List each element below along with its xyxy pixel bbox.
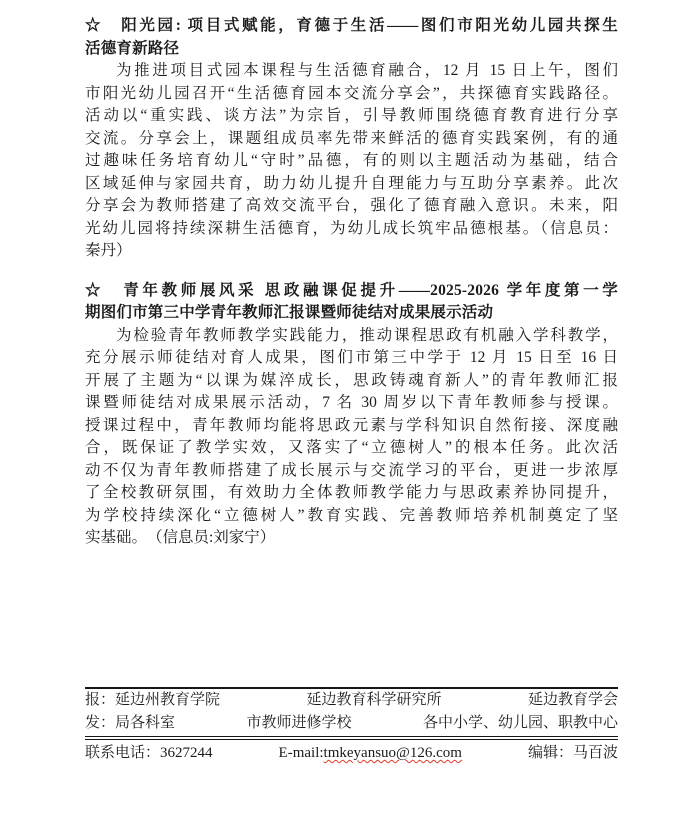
body-line: 活动以“重实践、谈方法”为宗旨，引导教师围绕德育教育进行分享 bbox=[85, 105, 618, 128]
footer: 报：延边州教育学院 延边教育科学研究所 延边教育学会 发：局各科室 市教师进修学… bbox=[85, 687, 618, 764]
body-line: 开展了主题为“以课为媒淬成长，思政铸魂育新人”的青年教师汇报 bbox=[85, 370, 618, 393]
email-address: tmkeyansuo@126.com bbox=[324, 745, 462, 761]
body-line: 区域延伸与家园共育，助力幼儿提升自理能力与互助分享素养。此次 bbox=[85, 173, 618, 196]
article-title: ☆ 阳光园: 项目式赋能，育德于生活——图们市阳光幼儿园共探生 活德育新路径 bbox=[85, 15, 618, 60]
distribution-row: 发：局各科室 市教师进修学校 各中小学、幼儿园、职教中心 bbox=[85, 712, 618, 735]
distribution-item: 局各科室 bbox=[115, 715, 175, 731]
article-body: 为检验青年教师教学实践能力，推动课程思政有机融入学科教学， 充分展示师徒结对育人… bbox=[85, 325, 618, 550]
editor-text: 编辑：马百波 bbox=[528, 742, 618, 764]
article-body: 为推进项目式园本课程与生活德育融合，12 月 15 日上午，图们 市阳光幼儿园召… bbox=[85, 60, 618, 263]
distribution-item: 市教师进修学校 bbox=[247, 713, 352, 735]
body-line: 实基础。 （信息员:刘家宁） bbox=[85, 527, 618, 550]
article-title-line: 期图们市第三中学青年教师汇报课暨师徒结对成果展示活动 bbox=[85, 302, 618, 325]
report-item: 延边教育学会 bbox=[528, 690, 618, 712]
body-line: 分享会为教师搭建了高效交流平台，强化了德育融入意识。未来，阳 bbox=[85, 195, 618, 218]
distribution-item: 各中小学、幼儿园、职教中心 bbox=[423, 713, 618, 735]
article-title-line: 活德育新路径 bbox=[85, 38, 618, 61]
page-content: ☆ 阳光园: 项目式赋能，育德于生活——图们市阳光幼儿园共探生 活德育新路径 为… bbox=[85, 15, 618, 550]
body-line: 为检验青年教师教学实践能力，推动课程思政有机融入学科教学， bbox=[85, 325, 618, 348]
email-label: E-mail: bbox=[279, 745, 324, 761]
body-line: 秦丹） bbox=[85, 240, 618, 263]
email-segment: E-mail:tmkeyansuo@126.com bbox=[279, 742, 462, 764]
body-line: 授课过程中，青年教师均能将思政元素与学科知识自然衔接、深度融 bbox=[85, 415, 618, 438]
article-section-2: ☆ 青年教师展风采 思政融课促提升——2025-2026 学年度第一学 期图们市… bbox=[85, 280, 618, 550]
distribution-label: 发： bbox=[85, 715, 115, 731]
report-item: 延边州教育学院 bbox=[115, 692, 220, 708]
body-line: 充分展示师徒结对育人成果，图们市第三中学于 12 月 15 日至 16 日 bbox=[85, 347, 618, 370]
contact-row: 联系电话：3627244 E-mail:tmkeyansuo@126.com 编… bbox=[85, 740, 618, 764]
body-line: 动不仅为青年教师搭建了成长展示与交流学习的平台，更进一步浓厚 bbox=[85, 460, 618, 483]
body-line: 合，既保证了教学实效，又落实了“立德树人”的根本任务。此次活 bbox=[85, 437, 618, 460]
body-line: 光幼儿园将持续深耕生活德育，为幼儿成长筑牢品德根基。（信息员： bbox=[85, 218, 618, 241]
report-item: 延边教育科学研究所 bbox=[307, 690, 442, 712]
body-line: 市阳光幼儿园召开“生活德育园本交流分享会”，共探德育实践路径。 bbox=[85, 83, 618, 106]
distribution-segment: 发：局各科室 bbox=[85, 713, 175, 735]
article-title-line: ☆ 阳光园: 项目式赋能，育德于生活——图们市阳光幼儿园共探生 bbox=[85, 15, 618, 38]
article-title: ☆ 青年教师展风采 思政融课促提升——2025-2026 学年度第一学 期图们市… bbox=[85, 280, 618, 325]
body-line: 课暨师徒结对成果展示活动，7 名 30 周岁以下青年教师参与授课。 bbox=[85, 392, 618, 415]
report-row: 报：延边州教育学院 延边教育科学研究所 延边教育学会 bbox=[85, 689, 618, 712]
body-line: 为推进项目式园本课程与生活德育融合，12 月 15 日上午，图们 bbox=[85, 60, 618, 83]
body-line: 过趣味任务培育幼儿“守时”品德，有的则以主题活动为基础，结合 bbox=[85, 150, 618, 173]
bulletin-page: ☆ 阳光园: 项目式赋能，育德于生活——图们市阳光幼儿园共探生 活德育新路径 为… bbox=[0, 0, 700, 826]
report-label: 报： bbox=[85, 692, 115, 708]
article-title-line: ☆ 青年教师展风采 思政融课促提升——2025-2026 学年度第一学 bbox=[85, 280, 618, 303]
phone-text: 联系电话：3627244 bbox=[85, 742, 213, 764]
body-line: 了全校教研氛围，有效助力全体教师教学能力与思政素养协同提升， bbox=[85, 482, 618, 505]
body-line: 为学校持续深化“立德树人”教育实践、完善教师培养机制奠定了坚 bbox=[85, 505, 618, 528]
body-line: 交流。分享会上，课题组成员率先带来鲜活的德育实践案例，有的通 bbox=[85, 128, 618, 151]
article-section-1: ☆ 阳光园: 项目式赋能，育德于生活——图们市阳光幼儿园共探生 活德育新路径 为… bbox=[85, 15, 618, 263]
report-segment: 报：延边州教育学院 bbox=[85, 690, 220, 712]
